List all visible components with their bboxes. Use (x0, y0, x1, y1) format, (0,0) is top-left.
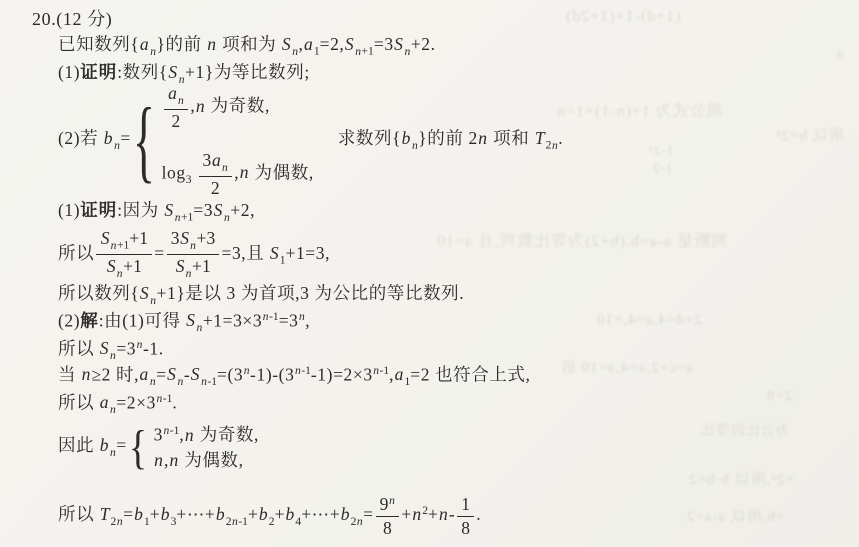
final-answer: 所以 T2n=b1+b3+⋯+b2n-1+b2+b4+⋯+b2n=9n8+n2+… (58, 494, 481, 538)
bn-result-definition: 因此 bn= { 3n-1,n 为奇数, n,n 为偶数, (58, 420, 259, 476)
bn-result-case-odd: 3n-1,n 为奇数, (154, 424, 259, 446)
part2-bn-definition: (2)若 bn= { an2,n 为奇数, log3 3an2,n 为偶数, 求… (58, 90, 563, 192)
bn-case-even: log3 3an2,n 为偶数, (162, 150, 314, 199)
solution-line-2: 所以 Sn=3n-1. (58, 338, 164, 363)
ghost-text: d (836, 46, 844, 62)
bn-definition-lead: (2)若 bn= (58, 128, 131, 153)
proof-line-1: (1)证明:因为 Sn+1=3Sn+2, (58, 200, 255, 225)
solution-line-4: 所以 an=2×3n-1. (58, 392, 177, 417)
problem-statement: 已知数列{an}的前 n 项和为 Sn,a1=2,Sn+1=3Sn+2. (58, 34, 436, 59)
ghost-text: 1-2 (652, 160, 672, 176)
ghost-text: (1+d)-1×(1+2d) (565, 8, 681, 26)
left-brace-icon: { (133, 95, 156, 187)
proof-line-2: 所以Sn+1+1Sn+1=3Sn+3Sn+1=3,且 S1+1=3, (58, 228, 330, 281)
bn-result-lead: 因此 bn= (58, 435, 127, 460)
bn-result-cases: 3n-1,n 为奇数, n,n 为偶数, (154, 424, 259, 471)
left-brace-icon: { (129, 424, 148, 472)
ghost-text: 2+d=4,a=4,=10 (596, 312, 702, 329)
ghost-text: 判断是 a-a=b.(b+2)为等比数列,且 a=10 (436, 228, 727, 251)
bn-result-case-even: n,n 为偶数, (154, 450, 259, 472)
proof-conclusion: 所以数列{Sn+1}是以 3 为首项,3 为公比的等比数列. (58, 283, 464, 308)
bn-cases: an2,n 为奇数, log3 3an2,n 为偶数, (162, 83, 314, 199)
ghost-text: 1-2ⁿ (648, 143, 673, 159)
ghost-text: =b,所以 a-a=2 (686, 505, 785, 526)
part2-question: 求数列{bn}的前 2n 项和 T2n. (338, 128, 563, 153)
problem-number: 20.(12 分) (32, 8, 112, 31)
solution-line-1: (2)解:由(1)可得 Sn+1=3×3n-1=3n, (58, 310, 310, 335)
ghost-text: =2ⁿ,所以 b·b=2 (688, 468, 794, 489)
ghost-text: 项公式为 1+(n-1)×1=n (556, 98, 723, 121)
ghost-text: 2=8 (766, 388, 792, 405)
ghost-text: a=c+2,a=4;a=10 倍 (560, 356, 693, 377)
document-page: (1+d)-1×(1+2d)d项公式为 1+(n-1)×1=n所以 b=2ⁿ1-… (0, 0, 859, 547)
ghost-text: 所以 b=2ⁿ (775, 124, 844, 145)
bn-case-odd: an2,n 为奇数, (162, 83, 314, 132)
solution-line-3: 当 n≥2 时,an=Sn-Sn-1=(3n-1)-(3n-1-1)=2×3n-… (58, 364, 531, 389)
ghost-text: 为公比的等比 (700, 420, 790, 440)
